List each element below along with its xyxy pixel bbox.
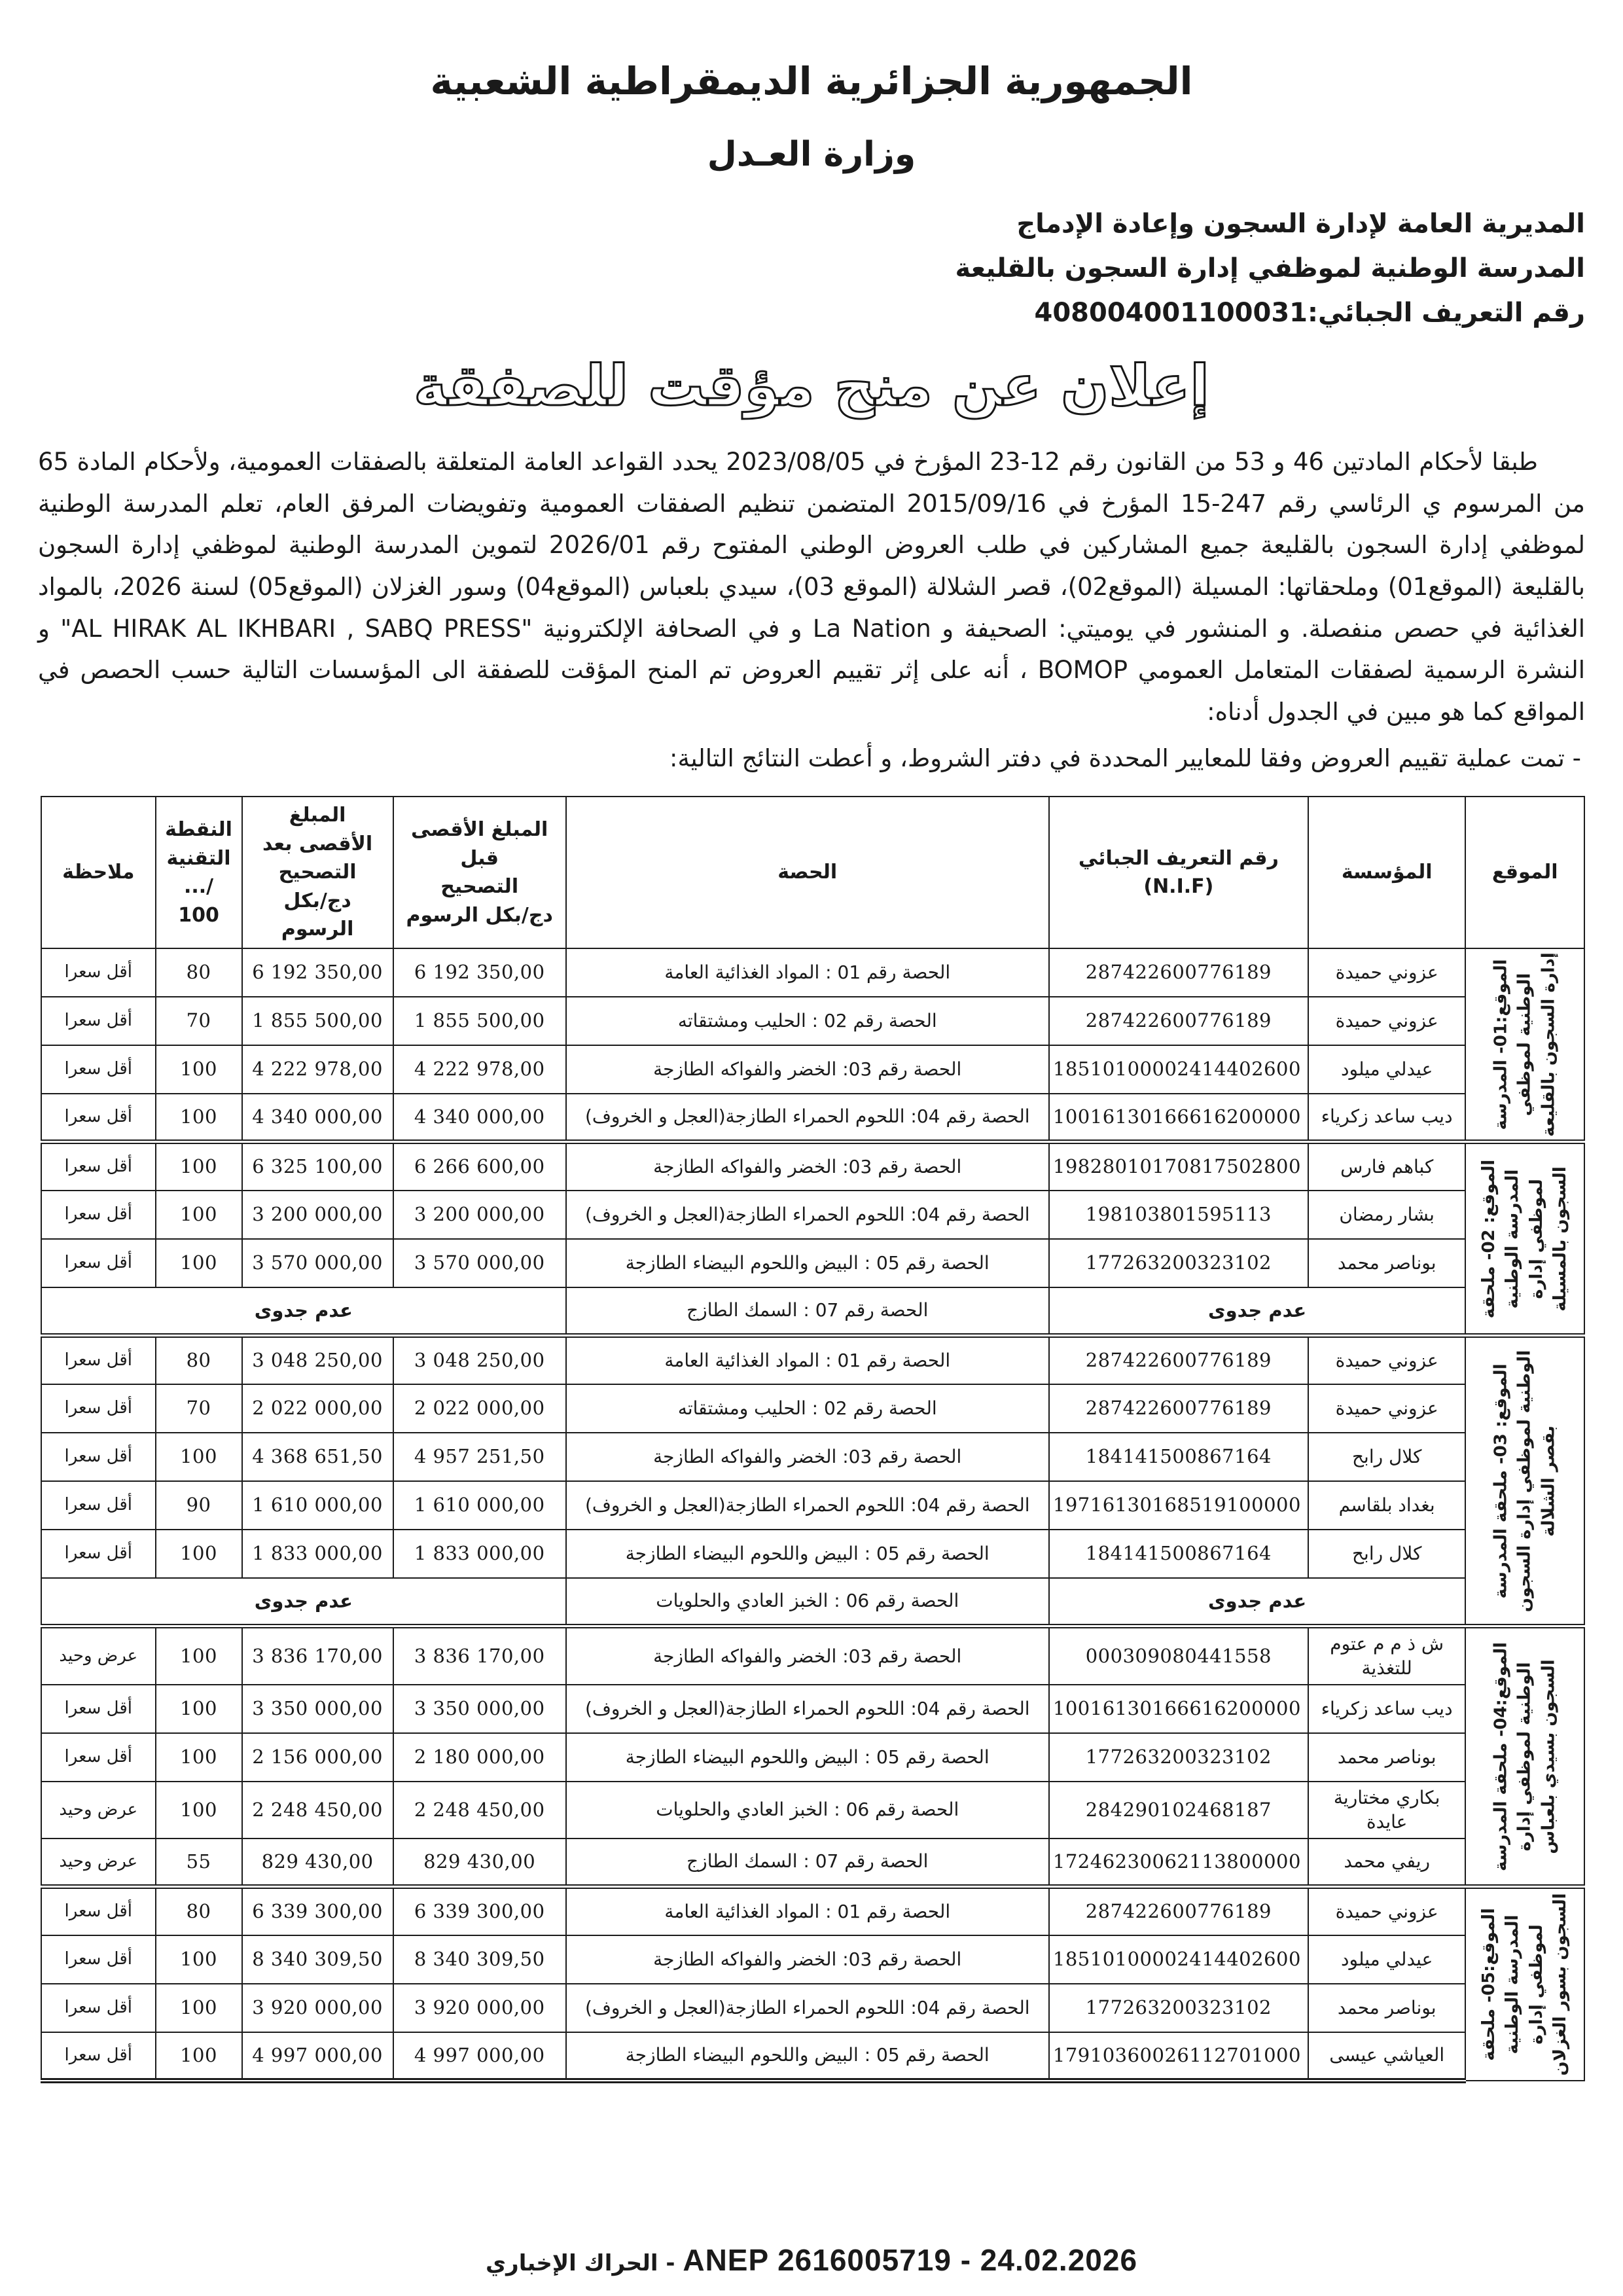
column-header-lot: الحصة [566, 797, 1049, 948]
cell-nif: 287422600776189 [1049, 1336, 1308, 1384]
nif-value: 177263200323102 [1086, 1996, 1272, 2018]
cell-note: أقل سعرا [41, 948, 156, 997]
school-line: المدرسة الوطنية لموظفي إدارة السجون بالق… [38, 246, 1585, 291]
before-value: 3 048 250,00 [414, 1349, 545, 1371]
cell-note: أقل سعرا [41, 1384, 156, 1433]
nif-value: 198103801595113 [1086, 1203, 1272, 1225]
cell-company: كباهم فارس [1308, 1142, 1466, 1191]
cell-company: عزوني حميدة [1308, 1384, 1466, 1433]
cell-before: 4 222 978,00 [393, 1045, 566, 1094]
cell-score: 100 [156, 1733, 242, 1782]
cell-after: 1 855 500,00 [242, 997, 393, 1045]
cell-nif: 18510100002414402600 [1049, 1935, 1308, 1984]
cell-note: أقل سعرا [41, 1239, 156, 1287]
cell-company: ش ذ م م عتوم للتغذية [1308, 1626, 1466, 1685]
site-group-cell: الموقع:04- ملحقة المدرسة الوطنية لموظفي … [1465, 1626, 1584, 1887]
site-group-cell: الموقع:05- ملحقة المدرسة الوطنية لموظفي … [1465, 1887, 1584, 2081]
before-value: 3 836 170,00 [414, 1645, 545, 1667]
cell-lot: الحصة رقم 05 : البيض واللحوم البيضاء الط… [566, 1239, 1049, 1287]
column-header-company: المؤسسة [1308, 797, 1466, 948]
table-body: الموقع:01- المدرسة الوطنية لموظفي إدارة … [41, 948, 1584, 2081]
cell-before: 3 920 000,00 [393, 1984, 566, 2032]
table-row: كلال رابح184141500867164الحصة رقم 05 : ا… [41, 1530, 1584, 1578]
evaluation-note: - تمت عملية تقييم العروض وفقا للمعايير ا… [38, 744, 1585, 772]
no-award-cell: عدم جدوى [1049, 1578, 1466, 1626]
after-value: 6 339 300,00 [252, 1900, 383, 1922]
republic-title: الجمهورية الجزائرية الديمقراطية الشعبية [38, 59, 1585, 103]
table-row: عزوني حميدة287422600776189الحصة رقم 02 :… [41, 997, 1584, 1045]
cell-company: عزوني حميدة [1308, 1887, 1466, 1935]
after-value: 1 610 000,00 [252, 1494, 383, 1516]
table-row: عدم جدوىالحصة رقم 06 : الخبز العادي والح… [41, 1578, 1584, 1626]
cell-company: كلال رابح [1308, 1530, 1466, 1578]
no-award-cell: عدم جدوى [41, 1287, 566, 1336]
cell-after: 3 048 250,00 [242, 1336, 393, 1384]
after-value: 3 350 000,00 [252, 1697, 383, 1719]
cell-score: 80 [156, 1336, 242, 1384]
cell-nif: 17910360026112701000 [1049, 2032, 1308, 2081]
site-group-cell: الموقع:01- المدرسة الوطنية لموظفي إدارة … [1465, 948, 1584, 1142]
cell-nif: 10016130166616200000 [1049, 1094, 1308, 1142]
cell-lot: الحصة رقم 03: الخضر والفواكه الطازجة [566, 1433, 1049, 1481]
site-group-label: الموقع:04- ملحقة المدرسة الوطنية لموظفي … [1489, 1638, 1561, 1876]
cell-after: 4 368 651,50 [242, 1433, 393, 1481]
cell-before: 4 997 000,00 [393, 2032, 566, 2081]
org-block: المديرية العامة لإدارة السجون وإعادة الإ… [38, 202, 1585, 335]
cell-nif: 287422600776189 [1049, 997, 1308, 1045]
cell-after: 6 325 100,00 [242, 1142, 393, 1191]
after-value: 6 325 100,00 [252, 1155, 383, 1177]
column-header-nif: رقم التعريف الجبائي (N.I.F) [1049, 797, 1308, 948]
before-value: 2 180 000,00 [414, 1746, 545, 1768]
before-value: 3 200 000,00 [414, 1203, 545, 1225]
table-row: بوناصر محمد177263200323102الحصة رقم 05 :… [41, 1239, 1584, 1287]
intro-paragraph: طبقا لأحكام المادتين 46 و 53 من القانون … [38, 441, 1585, 732]
cell-lot: الحصة رقم 04: اللحوم الحمراء الطازجة(الع… [566, 1685, 1049, 1733]
cell-nif: 17246230062113800000 [1049, 1839, 1308, 1887]
after-value: 2 248 450,00 [252, 1799, 383, 1821]
cell-nif: 10016130166616200000 [1049, 1685, 1308, 1733]
before-value: 4 222 978,00 [414, 1058, 545, 1080]
cell-nif: 198103801595113 [1049, 1191, 1308, 1239]
cell-company: عزوني حميدة [1308, 1336, 1466, 1384]
cell-lot: الحصة رقم 04: اللحوم الحمراء الطازجة(الع… [566, 1481, 1049, 1530]
cell-company: بوناصر محمد [1308, 1733, 1466, 1782]
site-group-label: الموقع:01- المدرسة الوطنية لموظفي إدارة … [1489, 950, 1561, 1139]
cell-score: 70 [156, 1384, 242, 1433]
cell-score: 80 [156, 948, 242, 997]
cell-score: 100 [156, 1626, 242, 1685]
cell-before: 2 022 000,00 [393, 1384, 566, 1433]
before-value: 8 340 309,50 [414, 1948, 545, 1970]
no-award-cell: عدم جدوى [41, 1578, 566, 1626]
nif-value: 10016130166616200000 [1053, 1697, 1301, 1719]
after-value: 6 192 350,00 [252, 961, 383, 983]
table-row: ديب ساعد زكرياء10016130166616200000الحصة… [41, 1685, 1584, 1733]
cell-score: 90 [156, 1481, 242, 1530]
after-value: 4 997 000,00 [252, 2044, 383, 2066]
cell-note: عرض وحيد [41, 1626, 156, 1685]
cell-note: أقل سعرا [41, 1045, 156, 1094]
after-value: 1 855 500,00 [252, 1009, 383, 1031]
footer-separator: - [658, 2250, 683, 2276]
before-value: 1 855 500,00 [414, 1009, 545, 1031]
cell-note: أقل سعرا [41, 1887, 156, 1935]
cell-score: 55 [156, 1839, 242, 1887]
before-value: 4 340 000,00 [414, 1105, 545, 1128]
cell-company: العياشي عيسى [1308, 2032, 1466, 2081]
cell-note: أقل سعرا [41, 2032, 156, 2081]
cell-lot: الحصة رقم 03: الخضر والفواكه الطازجة [566, 1626, 1049, 1685]
after-value: 3 048 250,00 [252, 1349, 383, 1371]
cell-company: عزوني حميدة [1308, 997, 1466, 1045]
cell-after: 2 248 450,00 [242, 1782, 393, 1839]
before-value: 4 997 000,00 [414, 2044, 545, 2066]
cell-before: 6 192 350,00 [393, 948, 566, 997]
cell-after: 4 997 000,00 [242, 2032, 393, 2081]
document-page: الجمهورية الجزائرية الديمقراطية الشعبية … [0, 0, 1623, 2296]
cell-after: 6 192 350,00 [242, 948, 393, 997]
after-value: 2 022 000,00 [252, 1397, 383, 1419]
cell-before: 829 430,00 [393, 1839, 566, 1887]
site-group-label: الموقع:05- ملحقة المدرسة الوطنية لموظفي … [1477, 1890, 1573, 2079]
cell-nif: 184141500867164 [1049, 1433, 1308, 1481]
cell-company: بغداد بلقاسم [1308, 1481, 1466, 1530]
cell-note: أقل سعرا [41, 1685, 156, 1733]
table-head: الموقعالمؤسسةرقم التعريف الجبائي (N.I.F)… [41, 797, 1584, 948]
table-row: بوناصر محمد177263200323102الحصة رقم 04: … [41, 1984, 1584, 2032]
cell-company: عيدلي ميلود [1308, 1935, 1466, 1984]
before-value: 6 339 300,00 [414, 1900, 545, 1922]
after-value: 3 920 000,00 [252, 1996, 383, 2018]
cell-lot: الحصة رقم 02 : الحليب ومشتقاته [566, 1384, 1049, 1433]
after-value: 3 836 170,00 [252, 1645, 383, 1667]
cell-after: 6 339 300,00 [242, 1887, 393, 1935]
cell-nif: 184141500867164 [1049, 1530, 1308, 1578]
before-value: 2 248 450,00 [414, 1799, 545, 1821]
header-row: الموقعالمؤسسةرقم التعريف الجبائي (N.I.F)… [41, 797, 1584, 948]
before-value: 1 833 000,00 [414, 1542, 545, 1564]
cell-note: أقل سعرا [41, 1142, 156, 1191]
cell-nif: 284290102468187 [1049, 1782, 1308, 1839]
cell-nif: 287422600776189 [1049, 1887, 1308, 1935]
after-value: 8 340 309,50 [252, 1948, 383, 1970]
cell-after: 2 022 000,00 [242, 1384, 393, 1433]
cell-before: 3 350 000,00 [393, 1685, 566, 1733]
nif-value: 10016130166616200000 [1053, 1105, 1301, 1128]
cell-score: 100 [156, 1984, 242, 2032]
footer-anep: ANEP 2616005719 - 24.02.2026 [683, 2243, 1137, 2277]
cell-after: 3 200 000,00 [242, 1191, 393, 1239]
before-value: 6 192 350,00 [414, 961, 545, 983]
nif-value: 19828010170817502800 [1053, 1155, 1301, 1177]
nif-value: 19716130168519100000 [1053, 1494, 1301, 1516]
nif-value: 17246230062113800000 [1053, 1850, 1301, 1873]
cell-company: ريفي محمد [1308, 1839, 1466, 1887]
cell-before: 3 570 000,00 [393, 1239, 566, 1287]
cell-lot: الحصة رقم 03: الخضر والفواكه الطازجة [566, 1142, 1049, 1191]
cell-before: 4 957 251,50 [393, 1433, 566, 1481]
cell-after: 2 156 000,00 [242, 1733, 393, 1782]
cell-after: 3 350 000,00 [242, 1685, 393, 1733]
cell-company: بكاري مختارية عايدة [1308, 1782, 1466, 1839]
table-row: الموقع:01- المدرسة الوطنية لموظفي إدارة … [41, 948, 1584, 997]
cell-lot: الحصة رقم 07 : السمك الطازج [566, 1839, 1049, 1887]
cell-company: بوناصر محمد [1308, 1984, 1466, 2032]
nif-value: 287422600776189 [1086, 1349, 1272, 1371]
cell-company: ديب ساعد زكرياء [1308, 1094, 1466, 1142]
cell-note: أقل سعرا [41, 1935, 156, 1984]
cell-note: أقل سعرا [41, 1336, 156, 1384]
cell-score: 100 [156, 1433, 242, 1481]
after-value: 4 222 978,00 [252, 1058, 383, 1080]
cell-note: عرض وحيد [41, 1839, 156, 1887]
nif-value: 284290102468187 [1086, 1799, 1272, 1821]
nif-value: 287422600776189 [1086, 1900, 1272, 1922]
cell-company: ديب ساعد زكرياء [1308, 1685, 1466, 1733]
cell-before: 1 610 000,00 [393, 1481, 566, 1530]
cell-nif: 19716130168519100000 [1049, 1481, 1308, 1530]
footer: الحراك الإخباري - ANEP 2616005719 - 24.0… [0, 2242, 1623, 2278]
nif-value: 17910360026112701000 [1053, 2044, 1301, 2066]
cell-lot: الحصة رقم 05 : البيض واللحوم البيضاء الط… [566, 2032, 1049, 2081]
cell-lot: الحصة رقم 04: اللحوم الحمراء الطازجة(الع… [566, 1984, 1049, 2032]
cell-nif: 287422600776189 [1049, 948, 1308, 997]
cell-before: 6 339 300,00 [393, 1887, 566, 1935]
cell-lot: الحصة رقم 05 : البيض واللحوم البيضاء الط… [566, 1733, 1049, 1782]
cell-nif: 19828010170817502800 [1049, 1142, 1308, 1191]
cell-score: 80 [156, 1887, 242, 1935]
table-row: بوناصر محمد177263200323102الحصة رقم 05 :… [41, 1733, 1584, 1782]
cell-score: 100 [156, 1685, 242, 1733]
before-value: 3 920 000,00 [414, 1996, 545, 2018]
before-value: 4 957 251,50 [414, 1445, 545, 1467]
cell-lot: الحصة رقم 06 : الخبز العادي والحلويات [566, 1782, 1049, 1839]
table-row: عدم جدوىالحصة رقم 07 : السمك الطازجعدم ج… [41, 1287, 1584, 1336]
column-header-before: المبلغ الأقصى قبل التصحيح دج/بكل الرسوم [393, 797, 566, 948]
nif-value: 177263200323102 [1086, 1251, 1272, 1274]
cell-after: 3 836 170,00 [242, 1626, 393, 1685]
cell-before: 3 048 250,00 [393, 1336, 566, 1384]
before-value: 3 570 000,00 [414, 1251, 545, 1274]
cell-lot: الحصة رقم 04: اللحوم الحمراء الطازجة(الع… [566, 1191, 1049, 1239]
site-group-label: الموقع: 02- ملحقة المدرسة الوطنية لموظفي… [1477, 1145, 1573, 1333]
cell-lot: الحصة رقم 05 : البيض واللحوم البيضاء الط… [566, 1530, 1049, 1578]
cell-before: 2 248 450,00 [393, 1782, 566, 1839]
cell-after: 1 610 000,00 [242, 1481, 393, 1530]
ministry-title: وزارة العـدل [38, 135, 1585, 174]
table-row: الموقع:05- ملحقة المدرسة الوطنية لموظفي … [41, 1887, 1584, 1935]
nif-value: 287422600776189 [1086, 1397, 1272, 1419]
table-row: عزوني حميدة287422600776189الحصة رقم 02 :… [41, 1384, 1584, 1433]
cell-after: 3 570 000,00 [242, 1239, 393, 1287]
after-value: 3 200 000,00 [252, 1203, 383, 1225]
footer-paper-name: الحراك الإخباري [486, 2250, 658, 2276]
table-row: الموقع: 03- ملحقة المدرسة الوطنية لموظفي… [41, 1336, 1584, 1384]
cell-after: 8 340 309,50 [242, 1935, 393, 1984]
table-row: بغداد بلقاسم19716130168519100000الحصة رق… [41, 1481, 1584, 1530]
cell-before: 1 833 000,00 [393, 1530, 566, 1578]
nif-value: 184141500867164 [1086, 1445, 1272, 1467]
cell-note: أقل سعرا [41, 1481, 156, 1530]
nif-value: 18510100002414402600 [1053, 1058, 1301, 1080]
table-row: ديب ساعد زكرياء10016130166616200000الحصة… [41, 1094, 1584, 1142]
cell-lot: الحصة رقم 03: الخضر والفواكه الطازجة [566, 1045, 1049, 1094]
cell-note: أقل سعرا [41, 1530, 156, 1578]
cell-lot: الحصة رقم 03: الخضر والفواكه الطازجة [566, 1935, 1049, 1984]
cell-before: 6 266 600,00 [393, 1142, 566, 1191]
tax-id-line: رقم التعريف الجبائي:408004001100031 [38, 291, 1585, 335]
cell-before: 3 836 170,00 [393, 1626, 566, 1685]
cell-note: عرض وحيد [41, 1782, 156, 1839]
nif-value: 287422600776189 [1086, 1009, 1272, 1031]
table-row: ريفي محمد17246230062113800000الحصة رقم 0… [41, 1839, 1584, 1887]
announcement-title: إعلان عن منح مؤقت للصفقة [38, 353, 1585, 419]
cell-score: 100 [156, 1239, 242, 1287]
column-header-score: النقطة التقنية /... 100 [156, 797, 242, 948]
cell-lot: الحصة رقم 01 : المواد الغذائية العامة [566, 1887, 1049, 1935]
cell-company: بشار رمضان [1308, 1191, 1466, 1239]
cell-nif: 000309080441558 [1049, 1626, 1308, 1685]
cell-lot: الحصة رقم 06 : الخبز العادي والحلويات [566, 1578, 1049, 1626]
nif-value: 177263200323102 [1086, 1746, 1272, 1768]
before-value: 6 266 600,00 [414, 1155, 545, 1177]
before-value: 829 430,00 [423, 1850, 535, 1873]
cell-score: 100 [156, 1782, 242, 1839]
before-value: 2 022 000,00 [414, 1397, 545, 1419]
after-value: 4 340 000,00 [252, 1105, 383, 1128]
after-value: 2 156 000,00 [252, 1746, 383, 1768]
table-row: بكاري مختارية عايدة284290102468187الحصة … [41, 1782, 1584, 1839]
table-row: الموقع: 02- ملحقة المدرسة الوطنية لموظفي… [41, 1142, 1584, 1191]
cell-after: 1 833 000,00 [242, 1530, 393, 1578]
directorate-line: المديرية العامة لإدارة السجون وإعادة الإ… [38, 202, 1585, 246]
cell-company: كلال رابح [1308, 1433, 1466, 1481]
after-value: 829 430,00 [262, 1850, 374, 1873]
before-value: 1 610 000,00 [414, 1494, 545, 1516]
cell-nif: 287422600776189 [1049, 1384, 1308, 1433]
after-value: 4 368 651,50 [252, 1445, 383, 1467]
site-group-cell: الموقع: 02- ملحقة المدرسة الوطنية لموظفي… [1465, 1142, 1584, 1336]
cell-after: 829 430,00 [242, 1839, 393, 1887]
cell-before: 3 200 000,00 [393, 1191, 566, 1239]
cell-nif: 177263200323102 [1049, 1239, 1308, 1287]
site-group-cell: الموقع: 03- ملحقة المدرسة الوطنية لموظفي… [1465, 1336, 1584, 1626]
nif-value: 000309080441558 [1086, 1645, 1272, 1667]
cell-note: أقل سعرا [41, 1191, 156, 1239]
column-header-note: ملاحظة [41, 797, 156, 948]
cell-after: 4 340 000,00 [242, 1094, 393, 1142]
cell-note: أقل سعرا [41, 1433, 156, 1481]
cell-company: بوناصر محمد [1308, 1239, 1466, 1287]
cell-note: أقل سعرا [41, 1984, 156, 2032]
after-value: 1 833 000,00 [252, 1542, 383, 1564]
cell-nif: 177263200323102 [1049, 1984, 1308, 2032]
cell-note: أقل سعرا [41, 1733, 156, 1782]
table-row: كلال رابح184141500867164الحصة رقم 03: ال… [41, 1433, 1584, 1481]
column-header-site: الموقع [1465, 797, 1584, 948]
column-header-after: المبلغ الأقصى بعد التصحيح دج/بكل الرسوم [242, 797, 393, 948]
table-row: العياشي عيسى17910360026112701000الحصة رق… [41, 2032, 1584, 2081]
cell-note: أقل سعرا [41, 997, 156, 1045]
cell-score: 70 [156, 997, 242, 1045]
cell-after: 4 222 978,00 [242, 1045, 393, 1094]
cell-lot: الحصة رقم 07 : السمك الطازج [566, 1287, 1049, 1336]
no-award-cell: عدم جدوى [1049, 1287, 1466, 1336]
nif-value: 18510100002414402600 [1053, 1948, 1301, 1970]
before-value: 3 350 000,00 [414, 1697, 545, 1719]
cell-before: 2 180 000,00 [393, 1733, 566, 1782]
after-value: 3 570 000,00 [252, 1251, 383, 1274]
cell-lot: الحصة رقم 01 : المواد الغذائية العامة [566, 1336, 1049, 1384]
results-table: الموقعالمؤسسةرقم التعريف الجبائي (N.I.F)… [41, 796, 1585, 2083]
cell-before: 8 340 309,50 [393, 1935, 566, 1984]
cell-lot: الحصة رقم 04: اللحوم الحمراء الطازجة(الع… [566, 1094, 1049, 1142]
cell-score: 100 [156, 1094, 242, 1142]
cell-company: عيدلي ميلود [1308, 1045, 1466, 1094]
nif-value: 287422600776189 [1086, 961, 1272, 983]
cell-score: 100 [156, 2032, 242, 2081]
cell-nif: 18510100002414402600 [1049, 1045, 1308, 1094]
table-row: الموقع:04- ملحقة المدرسة الوطنية لموظفي … [41, 1626, 1584, 1685]
site-group-label: الموقع: 03- ملحقة المدرسة الوطنية لموظفي… [1489, 1337, 1561, 1625]
nif-value: 184141500867164 [1086, 1542, 1272, 1564]
cell-company: عزوني حميدة [1308, 948, 1466, 997]
cell-lot: الحصة رقم 02 : الحليب ومشتقاته [566, 997, 1049, 1045]
cell-before: 4 340 000,00 [393, 1094, 566, 1142]
cell-score: 100 [156, 1935, 242, 1984]
table-row: بشار رمضان198103801595113الحصة رقم 04: ا… [41, 1191, 1584, 1239]
cell-score: 100 [156, 1142, 242, 1191]
cell-score: 100 [156, 1530, 242, 1578]
cell-note: أقل سعرا [41, 1094, 156, 1142]
cell-before: 1 855 500,00 [393, 997, 566, 1045]
cell-score: 100 [156, 1191, 242, 1239]
cell-lot: الحصة رقم 01 : المواد الغذائية العامة [566, 948, 1049, 997]
cell-score: 100 [156, 1045, 242, 1094]
table-row: عيدلي ميلود18510100002414402600الحصة رقم… [41, 1045, 1584, 1094]
cell-nif: 177263200323102 [1049, 1733, 1308, 1782]
cell-after: 3 920 000,00 [242, 1984, 393, 2032]
table-row: عيدلي ميلود18510100002414402600الحصة رقم… [41, 1935, 1584, 1984]
